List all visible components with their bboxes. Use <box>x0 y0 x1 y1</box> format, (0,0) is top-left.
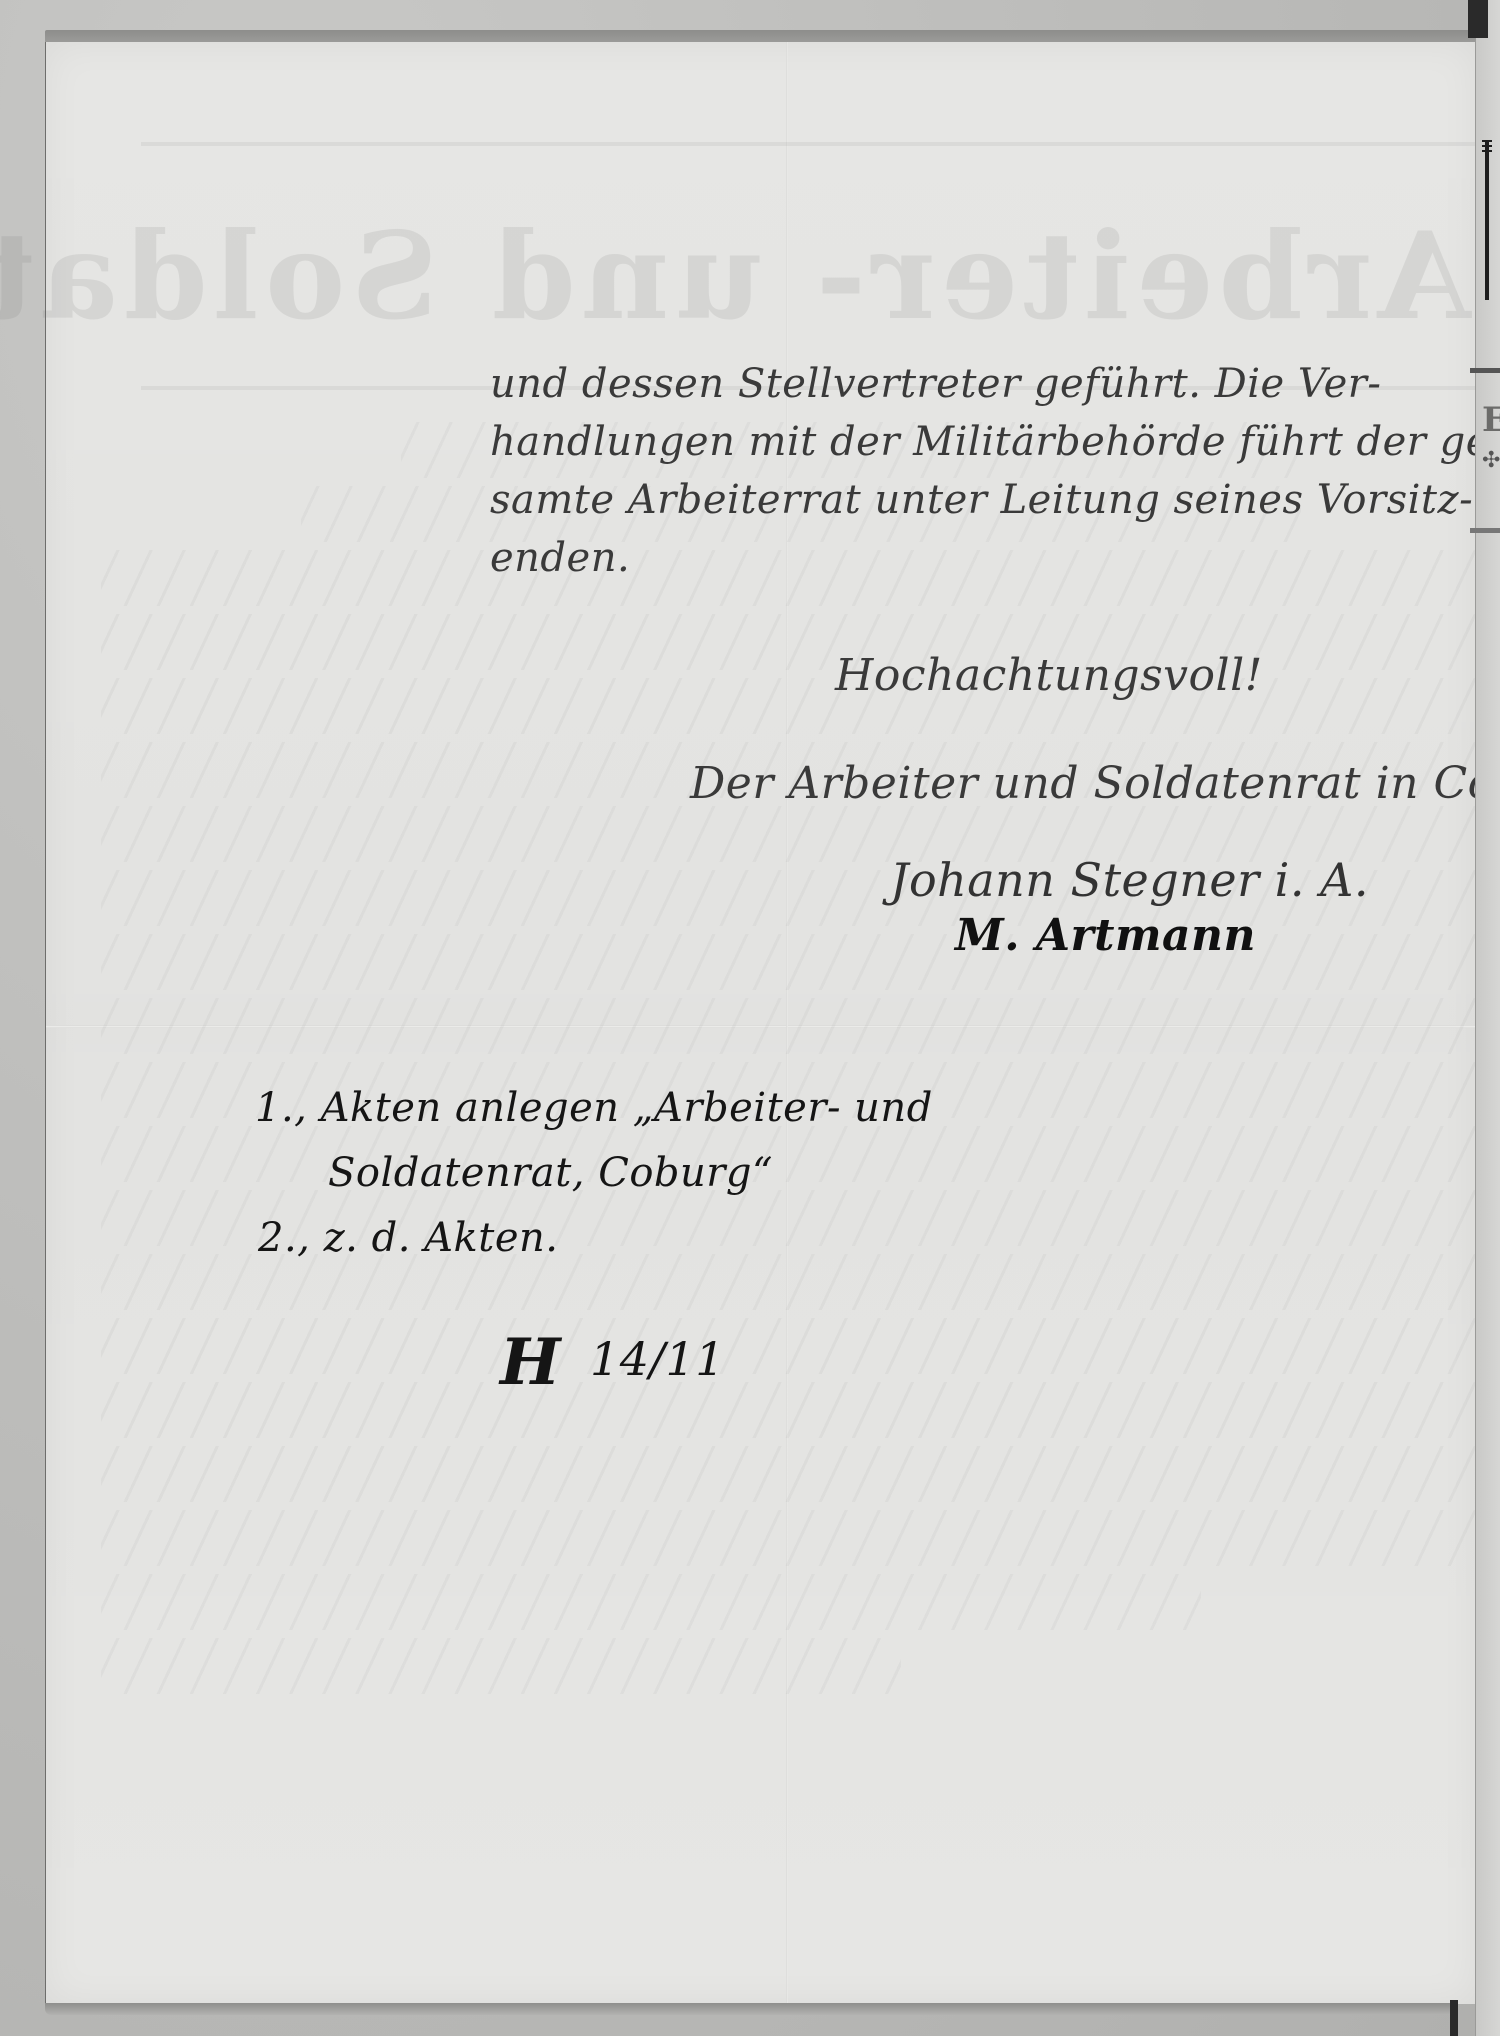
bleed-line <box>101 1126 1481 1182</box>
letter-body: und dessen Stellvertreter geführt. Die V… <box>490 355 1500 587</box>
bleed-through-letterhead: Arbeiter- und Soldatenrat <box>141 142 1500 390</box>
bleed-through-letterhead-text: Arbeiter- und Soldatenrat <box>0 206 1471 347</box>
bleed-line <box>101 1446 1481 1502</box>
annotation-line-2: 2., z. d. Akten. <box>258 1215 558 1261</box>
body-line: samte Arbeiterrat unter Leitung seines V… <box>490 471 1500 529</box>
letter-page: Arbeiter- und Soldatenrat <box>45 42 1476 2004</box>
annotation-initial: H <box>500 1325 561 1400</box>
bleed-line <box>101 1254 1481 1310</box>
annotation-date: 14/11 <box>590 1332 725 1386</box>
signing-organization: Der Arbeiter und Soldatenrat in Coburg <box>690 758 1500 809</box>
binding-top-edge <box>1468 0 1488 38</box>
binding-rule <box>1470 368 1500 373</box>
body-line: handlungen mit der Militärbehörde führt … <box>490 413 1500 471</box>
signature: M. Artmann <box>955 910 1256 961</box>
bleed-line <box>101 1638 901 1694</box>
bleed-line <box>101 1574 1201 1630</box>
bleed-line <box>101 934 1481 990</box>
annotation-line-1: 1., Akten anlegen „Arbeiter- und <box>255 1085 933 1131</box>
bleed-through-body-text <box>101 422 1481 1702</box>
binding-strip <box>1475 0 1500 2036</box>
body-line: und dessen Stellvertreter geführt. Die V… <box>490 355 1500 413</box>
binding-rule <box>1470 528 1500 533</box>
body-line: enden. <box>490 529 1500 587</box>
paper-bottom-shadow <box>45 2003 1455 2015</box>
bleed-line <box>101 614 1481 670</box>
binding-ornament-icon: ✣ <box>1482 448 1500 473</box>
annotation-line-1b: Soldatenrat, Coburg“ <box>328 1150 773 1196</box>
bleed-line <box>101 1318 1481 1374</box>
bleed-line <box>101 1510 1481 1566</box>
bleed-line <box>101 678 1481 734</box>
bleed-line <box>101 998 1481 1054</box>
binding-tab-letter: E <box>1482 400 1500 440</box>
closing-greeting: Hochachtungsvoll! <box>835 650 1263 701</box>
binding-bottom-edge <box>1450 2000 1458 2036</box>
binding-ornament-bar <box>1482 140 1492 300</box>
bleed-line <box>101 1382 1481 1438</box>
signatory-name: Johann Stegner i. A. <box>890 853 1369 907</box>
